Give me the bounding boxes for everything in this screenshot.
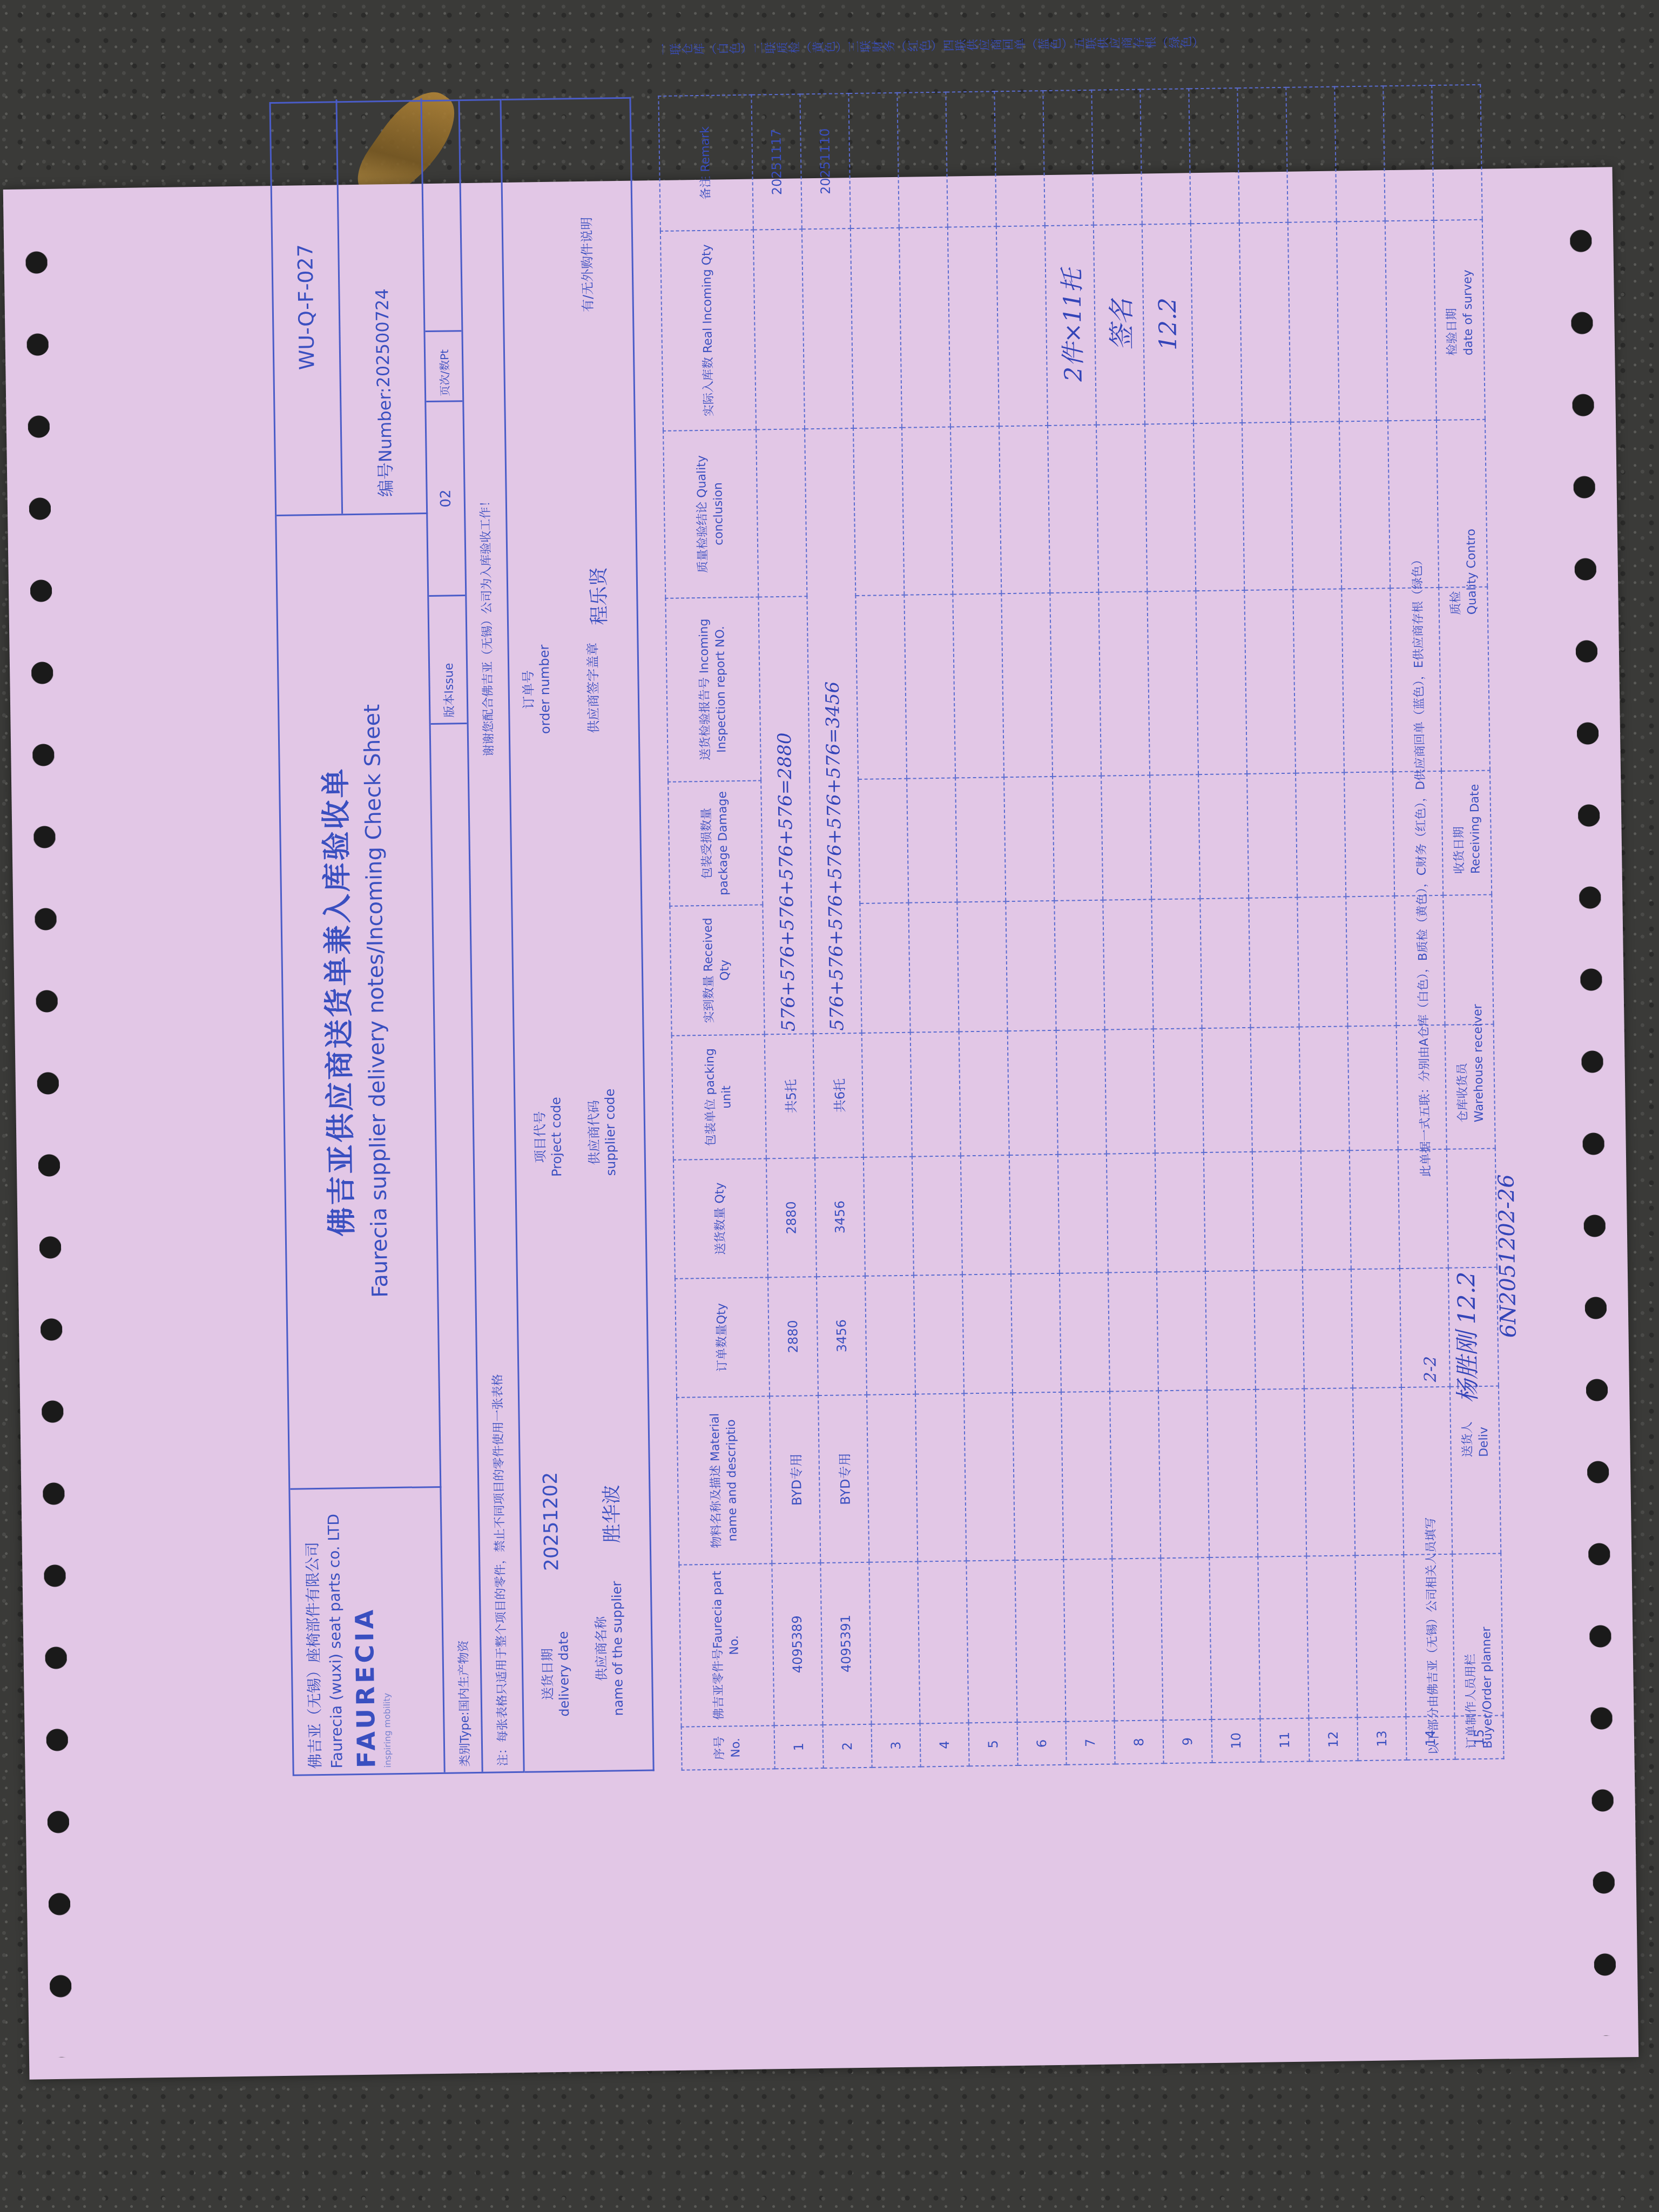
project-code-label: 项目代号 Project code	[531, 1097, 565, 1177]
deliverer-label: 送货人 Deliv	[1460, 1421, 1493, 1458]
supplier-code-label: 供应商代码 supplier code	[585, 1089, 619, 1176]
supplier-sign-label: 供应商签字盖章	[585, 643, 602, 733]
form-code-block: WU-Q-F-027 编号Number: 202500724	[271, 98, 428, 516]
number-label: 编号Number:	[370, 387, 397, 497]
cell-quality	[756, 429, 807, 597]
order-number-label-en: order number	[536, 645, 554, 734]
cell-material: BYD专用	[818, 1395, 869, 1563]
cell-no: 11	[1260, 1718, 1309, 1762]
col-packing-unit: 包装单位 packing unit	[672, 1034, 766, 1159]
title-en: Faurecia supplier delivery notes/Incomin…	[357, 515, 395, 1487]
copies-note: 此单据一式五联：分别由A仓库（白色），B质检（黄色），C财务（红色），D供应商回…	[1410, 554, 1434, 1177]
handwritten-date: 12.2	[1142, 224, 1193, 424]
cell-part: 4095391	[820, 1562, 871, 1725]
cell-no: 6	[1017, 1722, 1067, 1765]
copy-colors-note: 一联仓库（白色）二联质检（黄色）三联财务（红色）四联供应商回单（蓝色）五联供应商…	[657, 35, 1204, 86]
receiving-date-label-en: Receiving Date	[1467, 784, 1484, 874]
col-order-qty: 订单数量Qty	[675, 1277, 770, 1397]
cell-real-qty	[753, 229, 805, 429]
supplier-sign-value: 程乐贤	[584, 567, 612, 625]
note-line: 注：每张表格只适用于整个项目的零件，禁止不同项目的零件使用一张表格	[488, 1374, 510, 1766]
supplier-name-value: 胜华波	[596, 1485, 625, 1543]
form-footer: 以下部分由佛吉亚（无锡）公司相关人员填写 此单据一式五联：分别由A仓库（白色），…	[1398, 84, 1556, 1760]
cell-no: 7	[1066, 1721, 1115, 1765]
col-received-qty: 实到数量 Received Qty	[670, 905, 764, 1035]
form-header: 佛吉亚（无锡）座椅部件有限公司 Faurecia (wuxi) seat par…	[269, 99, 524, 1776]
tractor-feed-holes-left	[25, 221, 72, 2058]
quality-label: 质检 Quality Contro	[1447, 529, 1481, 615]
title-cn: 佛吉亚供应商送货单兼入库验收单	[309, 515, 364, 1488]
type-label: 类别Type:国内生产物资	[454, 1640, 473, 1766]
delivery-date-label: 送货日期 delivery date	[539, 1631, 572, 1717]
supplier-code-label-en: supplier code	[602, 1089, 619, 1176]
cell-order-qty: 3456	[817, 1276, 867, 1395]
faurecia-logo: FAURECIA	[352, 1494, 377, 1769]
order-number-label: 订单号 order number	[520, 645, 554, 734]
supplier-name-label: 供应商名称 name of the supplier	[592, 1581, 626, 1716]
cell-delivery-qty: 3456	[815, 1157, 865, 1277]
survey-label-en: date of survey	[1460, 269, 1477, 355]
form-number: 编号Number: 202500724	[337, 98, 427, 514]
col-package-damage: 包装受损数量 package Damage	[668, 780, 763, 906]
cell-real-qty	[802, 228, 853, 429]
order-number-label-cn: 订单号	[520, 645, 537, 734]
survey-label-cn: 检验日期	[1444, 269, 1461, 355]
cell-no: 8	[1115, 1720, 1164, 1764]
delivery-info: 送货日期 delivery date 20251202 供应商名称 name o…	[501, 97, 654, 1773]
cell-packing: 共5托	[765, 1034, 815, 1158]
cell-no: 12	[1309, 1717, 1358, 1761]
cell-no: 5	[969, 1722, 1018, 1766]
delivery-date-label-en: delivery date	[555, 1631, 572, 1717]
cell-no: 9	[1163, 1719, 1212, 1763]
col-remark: 备注 Remark	[658, 95, 753, 231]
cell-received-handwritten: 576+576+576+576+576+576=3456	[805, 428, 862, 1034]
supplier-name-label-en: name of the supplier	[609, 1581, 626, 1716]
company-name-cn: 佛吉亚（无锡）座椅部件有限公司	[301, 1495, 327, 1769]
quality-label-en: Quality Contro	[1464, 529, 1481, 615]
col-part-no: 佛吉亚零件号Faurecia part No.	[679, 1563, 774, 1727]
cell-order-qty: 2880	[768, 1277, 818, 1396]
cell-no: 10	[1211, 1719, 1260, 1763]
project-code-label-cn: 项目代号	[531, 1097, 549, 1177]
cell-material: BYD专用	[770, 1395, 820, 1563]
company-block: 佛吉亚（无锡）座椅部件有限公司 Faurecia (wuxi) seat par…	[290, 1486, 445, 1775]
cell-packing: 共6托	[813, 1033, 864, 1158]
receiving-date-label-cn: 收货日期	[1451, 784, 1468, 874]
col-delivery-qty: 送货数量 Qty	[673, 1158, 768, 1278]
buyer-label-en: Buyer/Order planner	[1479, 1627, 1496, 1749]
warehouse-label-cn: 仓库收货员	[1454, 1004, 1472, 1122]
cell-delivery-qty: 2880	[766, 1158, 817, 1277]
col-no: 序号 No.	[682, 1725, 775, 1770]
supplier-code-label-cn: 供应商代码	[585, 1089, 603, 1176]
thanks-line: 谢谢您配合佛吉亚（无锡）公司为入库验收工作！	[476, 495, 497, 756]
cell-remark: 20251117	[751, 94, 801, 230]
page-label: 页次/数Pt	[425, 330, 462, 401]
project-code-label-en: Project code	[548, 1097, 565, 1177]
issue-label: 版本Issue	[429, 595, 467, 725]
survey-date-label: 检验日期 date of survey	[1444, 269, 1477, 356]
issue-value: 02	[426, 400, 465, 595]
warehouse-label-en: Warehouse receiver	[1470, 1004, 1488, 1122]
form-code: WU-Q-F-027	[271, 99, 343, 515]
form-title: 佛吉亚供应商送货单兼入库验收单 Faurecia supplier delive…	[276, 514, 441, 1488]
cell-remark: 20251110	[800, 93, 850, 229]
buyer-label: 订单制作人员用栏 Buyer/Order planner	[1462, 1627, 1496, 1749]
col-material: 物料名称及描述 Material name and descriptio	[677, 1396, 772, 1564]
cell-no: 1	[774, 1725, 824, 1769]
supplier-name-label-cn: 供应商名称	[592, 1581, 610, 1716]
plate-handwriting: 6N2051202-26	[1494, 1174, 1521, 1338]
external-note: 有/无外购件说明	[579, 217, 596, 312]
cell-received-handwritten: 576+576+576+576+576=2880	[758, 596, 813, 1034]
col-quality-conclusion: 质量检验结论 Quality conclusion	[663, 430, 758, 598]
handwritten-signature: 签名	[1094, 225, 1145, 425]
delivery-note-paper: 佛吉亚（无锡）座椅部件有限公司 Faurecia (wuxi) seat par…	[3, 167, 1639, 2079]
buyer-note: 以下部分由佛吉亚（无锡）公司相关人员填写	[1423, 1517, 1442, 1755]
rotated-form: 佛吉亚（无锡）座椅部件有限公司 Faurecia (wuxi) seat par…	[269, 76, 1373, 1792]
receiving-date-label: 收货日期 Receiving Date	[1451, 784, 1484, 874]
cell-no: 13	[1357, 1717, 1406, 1761]
cell-no: 4	[920, 1723, 969, 1766]
delivery-date-value: 20251202	[539, 1472, 563, 1572]
cell-no: 2	[823, 1724, 872, 1768]
tractor-feed-holes-right	[1569, 200, 1616, 2036]
buyer-label-cn: 订单制作人员用栏	[1462, 1627, 1480, 1749]
deliverer-label-cn: 送货人	[1460, 1421, 1476, 1457]
warehouse-label: 仓库收货员 Warehouse receiver	[1454, 1004, 1488, 1123]
company-name-en: Faurecia (wuxi) seat parts co. LTD	[323, 1494, 348, 1769]
cell-no: 3	[872, 1724, 921, 1768]
col-inspection-report: 送货检验报告号 Incoming Inspection report NO.	[665, 597, 761, 782]
number-value: 202500724	[372, 288, 394, 388]
delivery-date-label-cn: 送货日期	[539, 1631, 556, 1717]
deliverer-signature: 杨胜刚 12.2	[1447, 1271, 1483, 1404]
cell-part: 4095389	[772, 1563, 822, 1725]
deliverer-extra: 2-2	[1421, 1356, 1440, 1382]
real-qty-handwritten: 2件×11托	[1045, 225, 1096, 426]
quality-label-cn: 质检	[1447, 529, 1465, 615]
items-table: 序号 No. 佛吉亚零件号Faurecia part No. 物料名称及描述 M…	[658, 84, 1504, 1771]
deliverer-label-en: Deliv	[1476, 1421, 1493, 1457]
col-real-incoming-qty: 实际入库数 Real Incoming Qty	[660, 230, 756, 431]
